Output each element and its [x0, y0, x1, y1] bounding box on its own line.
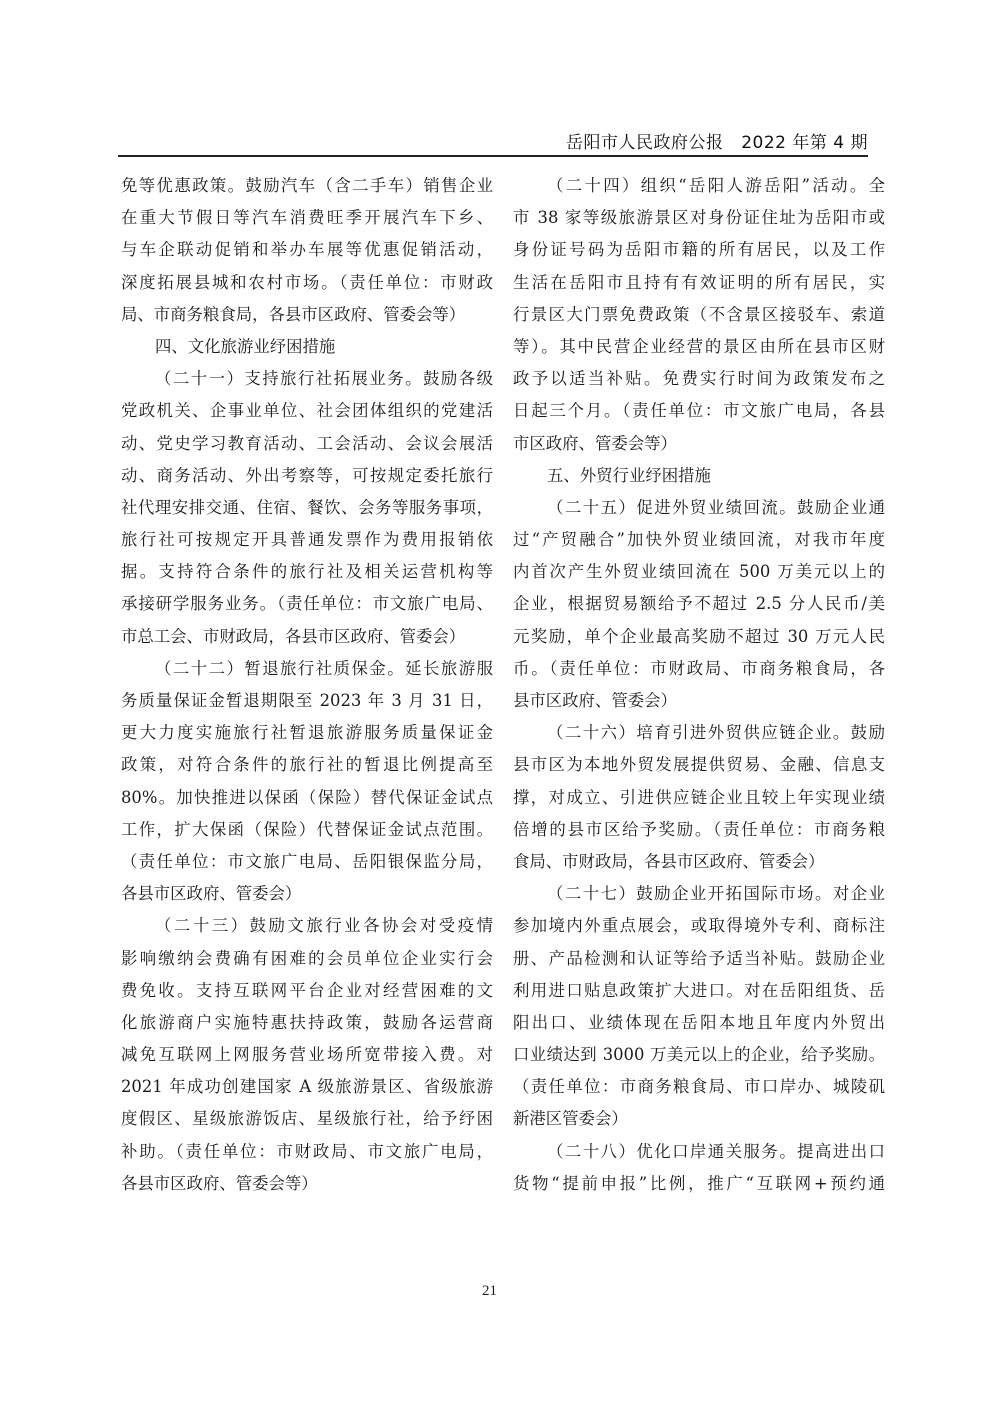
text-line: 新港区管委会）: [513, 1103, 885, 1135]
text-line: 政予以适当补贴。免费实行时间为政策发布之: [513, 363, 885, 395]
text-line: 过“产贸融合”加快外贸业绩回流，对我市年度: [513, 524, 885, 556]
text-line: （二十八）优化口岸通关服务。提高进出口: [513, 1136, 885, 1168]
text-line: 利用进口贴息政策扩大进口。对在岳阳组货、岳: [513, 975, 885, 1007]
text-line: 县市区政府、管委会）: [513, 685, 885, 717]
section-heading: 四、文化旅游业纾困措施: [121, 331, 493, 363]
text-line: （责任单位：市商务粮食局、市口岸办、城陵矶: [513, 1071, 885, 1103]
text-line: 化旅游商户实施特惠扶持政策，鼓励各运营商: [121, 1007, 493, 1039]
text-line: 党政机关、企事业单位、社会团体组织的党建活: [121, 395, 493, 427]
text-line: 参加境内外重点展会，或取得境外专利、商标注: [513, 910, 885, 942]
text-line: 行景区大门票免费政策（不含景区接驳车、索道: [513, 299, 885, 331]
text-line: 动、党史学习教育活动、工会活动、会议会展活: [121, 428, 493, 460]
text-line: （二十七）鼓励企业开拓国际市场。对企业: [513, 878, 885, 910]
text-line: 据。支持符合条件的旅行社及相关运营机构等: [121, 556, 493, 588]
text-line: 口业绩达到 3000 万美元以上的企业，给予奖励。: [513, 1039, 885, 1071]
text-line: 阳出口、业绩体现在岳阳本地且年度内外贸出: [513, 1007, 885, 1039]
text-line: 工作，扩大保函（保险）代替保证金试点范围。: [121, 814, 493, 846]
right-column: （二十四）组织“岳阳人游岳阳”活动。全市 38 家等级旅游景区对身份证住址为岳阳…: [513, 170, 885, 1200]
text-line: 市总工会、市财政局，各县市区政府、管委会）: [121, 621, 493, 653]
text-line: 务质量保证金暂退期限至 2023 年 3 月 31 日，: [121, 685, 493, 717]
page-header: 岳阳市人民政府公报 2022 年第 4 期: [118, 126, 868, 156]
publication-title: 岳阳市人民政府公报 2022 年第 4 期: [566, 128, 868, 153]
text-line: 度假区、星级旅游饭店、星级旅行社，给予纾困: [121, 1103, 493, 1135]
text-line: 各县市区政府、管委会）: [121, 878, 493, 910]
section-heading: 五、外贸行业纾困措施: [513, 460, 885, 492]
text-line: 各县市区政府、管委会等）: [121, 1168, 493, 1200]
text-line: 社代理安排交通、住宿、餐饮、会务等服务事项，: [121, 492, 493, 524]
text-line: 2021 年成功创建国家 A 级旅游景区、省级旅游: [121, 1071, 493, 1103]
text-line: 身份证号码为岳阳市籍的所有居民，以及工作: [513, 234, 885, 266]
text-line: 政策，对符合条件的旅行社的暂退比例提高至: [121, 749, 493, 781]
text-line: 更大力度实施旅行社暂退旅游服务质量保证金: [121, 717, 493, 749]
text-line: 生活在岳阳市且持有有效证明的所有居民，实: [513, 267, 885, 299]
text-line: （二十一）支持旅行社拓展业务。鼓励各级: [121, 363, 493, 395]
text-line: 企业，根据贸易额给予不超过 2.5 分人民币/美: [513, 588, 885, 620]
text-line: 货物“提前申报”比例，推广“互联网+预约通: [513, 1168, 885, 1200]
text-line: 费免收。支持互联网平台企业对经营困难的文: [121, 975, 493, 1007]
text-line: 市 38 家等级旅游景区对身份证住址为岳阳市或: [513, 202, 885, 234]
text-line: 免等优惠政策。鼓励汽车（含二手车）销售企业: [121, 170, 493, 202]
header-rule: [118, 155, 868, 157]
text-line: （二十二）暂退旅行社质保金。延长旅游服: [121, 653, 493, 685]
text-line: （二十四）组织“岳阳人游岳阳”活动。全: [513, 170, 885, 202]
text-line: 旅行社可按规定开具普通发票作为费用报销依: [121, 524, 493, 556]
text-line: 局、市商务粮食局，各县市区政府、管委会等）: [121, 299, 493, 331]
text-line: 食局、市财政局，各县市区政府、管委会）: [513, 846, 885, 878]
page-number: 21: [482, 1283, 497, 1300]
text-line: （责任单位：市文旅广电局、岳阳银保监分局，: [121, 846, 493, 878]
text-line: （二十五）促进外贸业绩回流。鼓励企业通: [513, 492, 885, 524]
left-column: 免等优惠政策。鼓励汽车（含二手车）销售企业在重大节假日等汽车消费旺季开展汽车下乡…: [121, 170, 493, 1200]
text-line: 深度拓展县城和农村市场。（责任单位：市财政: [121, 267, 493, 299]
text-line: （二十三）鼓励文旅行业各协会对受疫情: [121, 910, 493, 942]
text-line: 补助。（责任单位：市财政局、市文旅广电局，: [121, 1136, 493, 1168]
text-line: 县市区为本地外贸发展提供贸易、金融、信息支: [513, 749, 885, 781]
text-line: 与车企联动促销和举办车展等优惠促销活动，: [121, 234, 493, 266]
text-line: 撑，对成立、引进供应链企业且较上年实现业绩: [513, 782, 885, 814]
text-line: 册、产品检测和认证等给予适当补贴。鼓励企业: [513, 943, 885, 975]
text-line: 日起三个月。（责任单位：市文旅广电局，各县: [513, 395, 885, 427]
text-line: （二十六）培育引进外贸供应链企业。鼓励: [513, 717, 885, 749]
text-line: 内首次产生外贸业绩回流在 500 万美元以上的: [513, 556, 885, 588]
text-line: 减免互联网上网服务营业场所宽带接入费。对: [121, 1039, 493, 1071]
text-line: 市区政府、管委会等）: [513, 428, 885, 460]
text-line: 影响缴纳会费确有困难的会员单位企业实行会: [121, 943, 493, 975]
text-line: 承接研学服务业务。（责任单位：市文旅广电局、: [121, 588, 493, 620]
text-line: 元奖励，单个企业最高奖励不超过 30 万元人民: [513, 621, 885, 653]
text-line: 币。（责任单位：市财政局、市商务粮食局，各: [513, 653, 885, 685]
text-line: 等）。其中民营企业经营的景区由所在县市区财: [513, 331, 885, 363]
text-line: 倍增的县市区给予奖励。（责任单位：市商务粮: [513, 814, 885, 846]
text-line: 在重大节假日等汽车消费旺季开展汽车下乡、: [121, 202, 493, 234]
text-line: 80%。加快推进以保函（保险）替代保证金试点: [121, 782, 493, 814]
text-line: 动、商务活动、外出考察等，可按规定委托旅行: [121, 460, 493, 492]
